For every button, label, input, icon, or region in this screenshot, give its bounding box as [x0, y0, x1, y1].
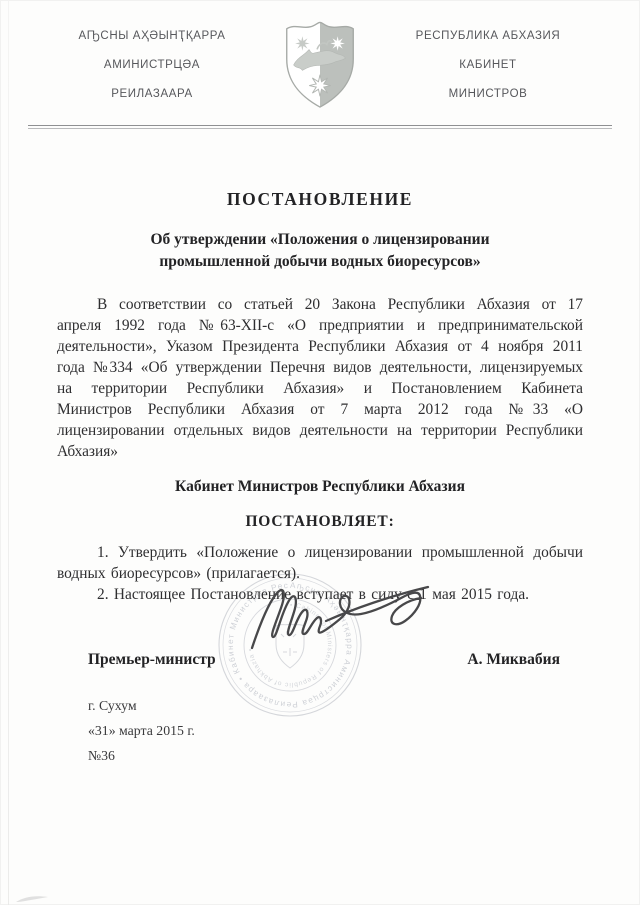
document-title: ПОСТАНОВЛЕНИЕ: [0, 189, 640, 210]
footer-date: «31» марта 2015 г.: [88, 718, 640, 743]
letterhead-right: РЕСПУБЛИКА АБХАЗИЯ КАБИНЕТ МИНИСТРОВ: [366, 22, 610, 109]
preamble-paragraph: В соответствии со статьей 20 Закона Респ…: [57, 294, 583, 462]
document-body: ПОСТАНОВЛЕНИЕ Об утверждении «Положения …: [0, 189, 640, 768]
letterhead-right-line3: МИНИСТРОВ: [449, 80, 528, 109]
footer-block: г. Сухум «31» марта 2015 г. №36: [88, 693, 640, 768]
document-subtitle-line2: промышленной добычи водных биоресурсов»: [159, 253, 480, 270]
footer-city: г. Сухум: [88, 693, 640, 718]
letterhead-left: АҦСНЫ АҲӘЫНҬҚАРРА АМИНИСТРЦӘА РЕИЛАЗААРА: [30, 22, 274, 109]
handwritten-signature-icon: [238, 568, 443, 656]
resolves-label: ПОСТАНОВЛЯЕТ:: [0, 513, 640, 531]
letterhead: АҦСНЫ АҲӘЫНҬҚАРРА АМИНИСТРЦӘА РЕИЛАЗААРА: [0, 0, 640, 110]
signer-name: А. Миквабия: [467, 651, 560, 669]
letterhead-right-line2: КАБИНЕТ: [459, 51, 516, 80]
signer-position: Премьер-министр: [88, 651, 216, 669]
header-divider: [28, 125, 612, 129]
letterhead-left-line2: АМИНИСТРЦӘА: [104, 51, 200, 80]
letterhead-right-line1: РЕСПУБЛИКА АБХАЗИЯ: [416, 22, 561, 51]
scan-smudge-artifact: [14, 891, 62, 903]
document-subtitle: Об утверждении «Положения о лицензирован…: [40, 229, 600, 273]
coat-of-arms-icon: [274, 20, 366, 110]
letterhead-left-line1: АҦСНЫ АҲӘЫНҬҚАРРА: [78, 22, 225, 51]
letterhead-left-line3: РЕИЛАЗААРА: [111, 80, 193, 109]
document-subtitle-line1: Об утверждении «Положения о лицензирован…: [150, 231, 489, 248]
footer-number: №36: [88, 743, 640, 768]
resolver-line: Кабинет Министров Республики Абхазия: [0, 478, 640, 496]
document-page: АҦСНЫ АҲӘЫНҬҚАРРА АМИНИСТРЦӘА РЕИЛАЗААРА: [0, 0, 640, 905]
